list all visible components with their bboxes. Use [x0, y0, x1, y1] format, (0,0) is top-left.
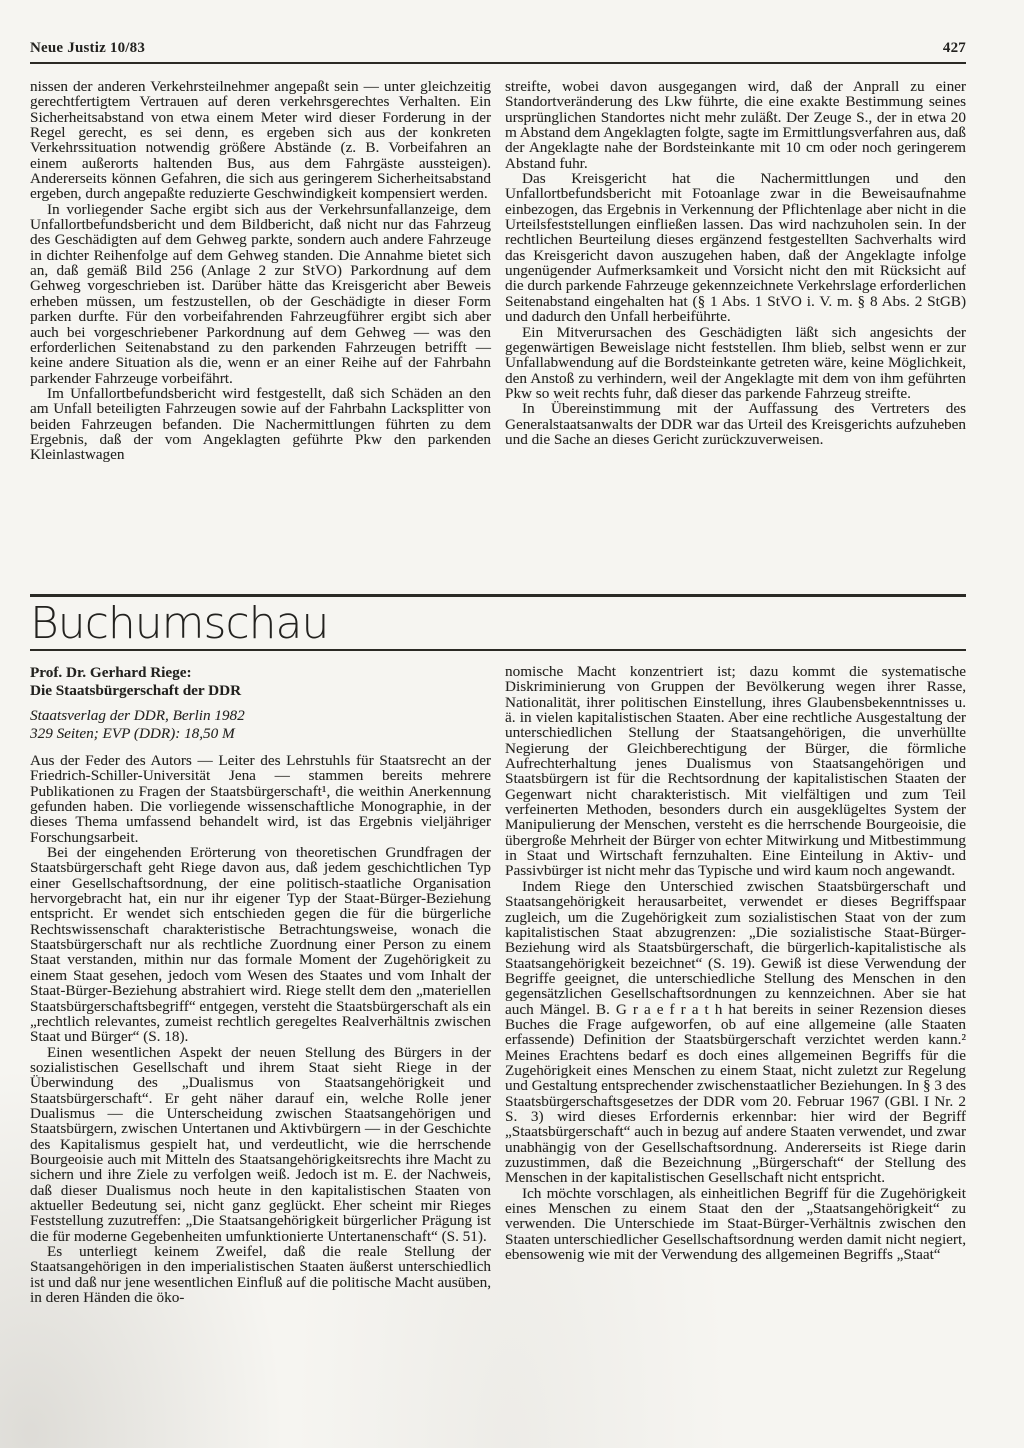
case-paragraph: Im Unfallortbefundsbericht wird festgest… — [30, 386, 491, 463]
buchumschau-section-band: Buchumschau — [30, 594, 966, 651]
case-right-column: streifte, wobei davon ausgegangen wird, … — [505, 79, 966, 591]
case-paragraph: streifte, wobei davon ausgegangen wird, … — [505, 79, 966, 171]
review-left-column: Prof. Dr. Gerhard Riege: Die Staatsbürge… — [30, 664, 491, 1442]
review-details: 329 Seiten; EVP (DDR): 18,50 M — [30, 725, 491, 743]
review-paragraph: Es unterliegt keinem Zweifel, daß die re… — [30, 1244, 491, 1305]
section-title: Buchumschau — [30, 602, 966, 646]
case-paragraph: In vorliegender Sache ergibt sich aus de… — [30, 202, 491, 386]
review-paragraph: Indem Riege den Unterschied zwischen Sta… — [505, 879, 966, 1186]
review-paragraph: Aus der Feder des Autors — Leiter des Le… — [30, 753, 491, 845]
review-paragraph: nomische Macht konzentriert ist; dazu ko… — [505, 664, 966, 879]
review-author: Prof. Dr. Gerhard Riege: — [30, 664, 491, 682]
page-header: Neue Justiz 10/83 427 — [30, 40, 966, 64]
case-left-column: nissen der anderen Verkehrsteilnehmer an… — [30, 79, 491, 591]
review-right-column: nomische Macht konzentriert ist; dazu ko… — [505, 664, 966, 1442]
book-review: Prof. Dr. Gerhard Riege: Die Staatsbürge… — [30, 664, 966, 1442]
review-paragraph: Einen wesentlichen Aspekt der neuen Stel… — [30, 1045, 491, 1244]
review-paragraph: Ich möchte vorschlagen, als einheitliche… — [505, 1186, 966, 1263]
review-book-title: Die Staatsbürgerschaft der DDR — [30, 682, 491, 700]
review-paragraph: Bei der eingehenden Erörterung von theor… — [30, 845, 491, 1044]
review-publisher: Staatsverlag der DDR, Berlin 1982 — [30, 707, 491, 725]
journal-title: Neue Justiz 10/83 — [30, 40, 145, 57]
case-paragraph: nissen der anderen Verkehrsteilnehmer an… — [30, 79, 491, 202]
journal-page-scan: Neue Justiz 10/83 427 nissen der anderen… — [0, 0, 1024, 1448]
case-paragraph: In Übereinstimmung mit der Auffassung de… — [505, 401, 966, 447]
case-paragraph: Das Kreisgericht hat die Nachermittlunge… — [505, 171, 966, 324]
case-paragraph: Ein Mitverursachen des Geschädigten läßt… — [505, 325, 966, 402]
case-article: nissen der anderen Verkehrsteilnehmer an… — [30, 79, 966, 591]
page-number: 427 — [943, 40, 966, 57]
